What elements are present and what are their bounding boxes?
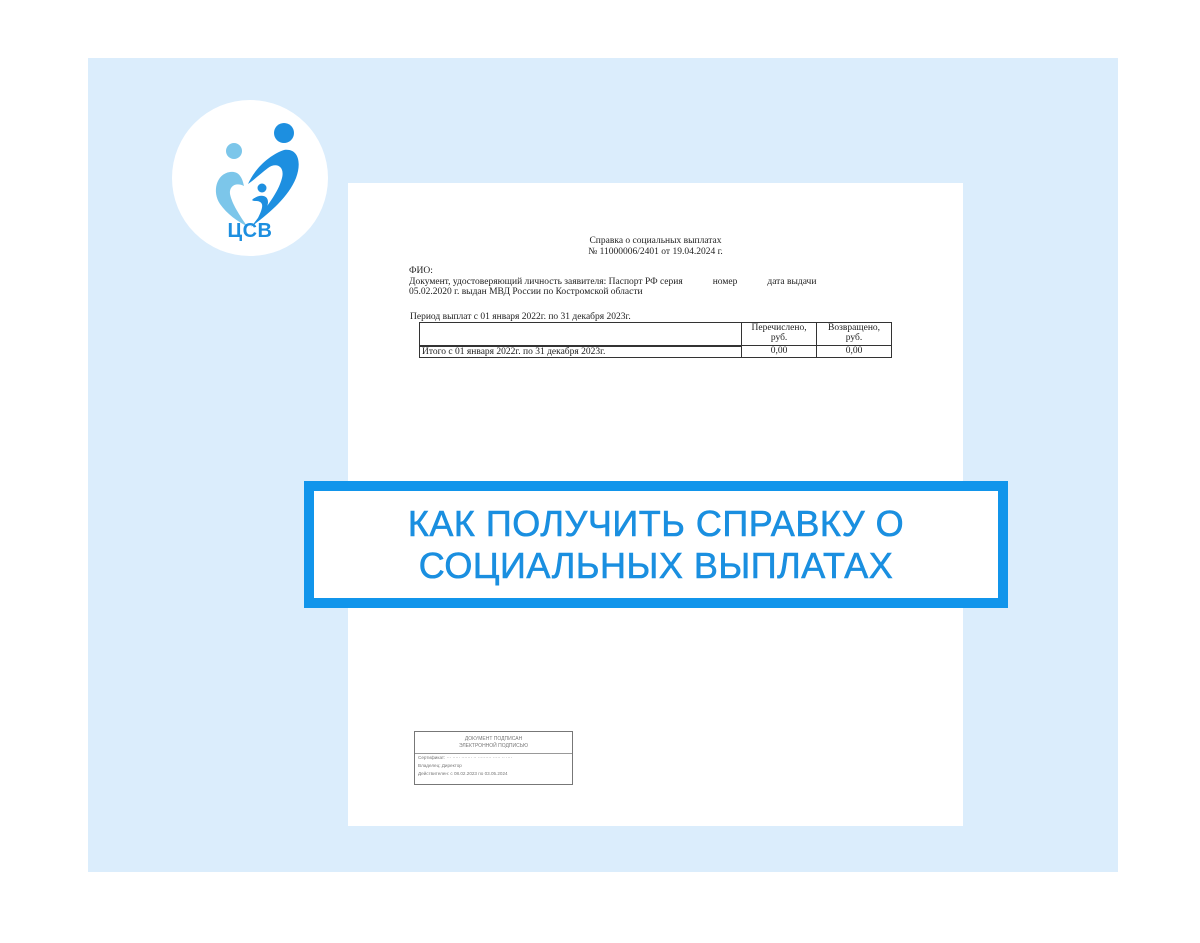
table-cell: Итого с 01 января 2022г. по 31 декабря 2… [420, 346, 742, 358]
table-header-cell [420, 323, 742, 346]
signature-owner: Владелец: Директор [415, 762, 572, 770]
fio-label: ФИО: [409, 266, 909, 277]
id-document-line: Документ, удостоверяющий личность заявит… [409, 277, 909, 288]
table-header-row: Перечислено, руб. Возвращено, руб. [420, 323, 892, 346]
document-title-line1: Справка о социальных выплатах [348, 236, 963, 247]
headline-banner: КАК ПОЛУЧИТЬ СПРАВКУ О СОЦИАЛЬНЫХ ВЫПЛАТ… [304, 481, 1008, 608]
issue-date-label: дата выдачи [767, 277, 816, 287]
signature-certificate: Сертификат: ··· ····· ······· ·· ·······… [415, 754, 572, 762]
logo: ЦСВ [172, 100, 328, 256]
table-header-cell: Возвращено, руб. [817, 323, 892, 346]
logo-text: ЦСВ [172, 220, 328, 243]
certificate-label: Сертификат: [418, 755, 445, 760]
document-title: Справка о социальных выплатах № 11000006… [348, 236, 963, 258]
number-label: номер [713, 277, 738, 287]
id-document-text: Документ, удостоверяющий личность заявит… [409, 277, 683, 287]
signature-heading: ДОКУМЕНТ ПОДПИСАН ЭЛЕКТРОННОЙ ПОДПИСЬЮ [415, 732, 572, 754]
headline-line2: СОЦИАЛЬНЫХ ВЫПЛАТАХ [419, 545, 894, 587]
table-cell: 0,00 [742, 346, 817, 358]
issued-line: 05.02.2020 г. выдан МВД России по Костро… [409, 287, 909, 298]
payment-period: Период выплат с 01 января 2022г. по 31 д… [410, 312, 631, 322]
signature-heading-line2: ЭЛЕКТРОННОЙ ПОДПИСЬЮ [415, 743, 572, 750]
signature-heading-line1: ДОКУМЕНТ ПОДПИСАН [415, 736, 572, 743]
table-header-cell: Перечислено, руб. [742, 323, 817, 346]
certificate-value: ··· ····· ······· ·· ········· ····· ·· … [447, 755, 513, 760]
signature-validity: Действителен: с 08.02.2023 по 03.05.2024 [415, 770, 572, 778]
table-row: Итого с 01 января 2022г. по 31 декабря 2… [420, 346, 892, 358]
headline-line1: КАК ПОЛУЧИТЬ СПРАВКУ О [408, 503, 904, 545]
table-cell: 0,00 [817, 346, 892, 358]
electronic-signature-stamp: ДОКУМЕНТ ПОДПИСАН ЭЛЕКТРОННОЙ ПОДПИСЬЮ С… [414, 731, 573, 785]
document-number: № 11000006/2401 от 19.04.2024 г. [348, 247, 963, 258]
document-body: ФИО: Документ, удостоверяющий личность з… [409, 266, 909, 298]
payments-table: Перечислено, руб. Возвращено, руб. Итого… [419, 322, 892, 358]
